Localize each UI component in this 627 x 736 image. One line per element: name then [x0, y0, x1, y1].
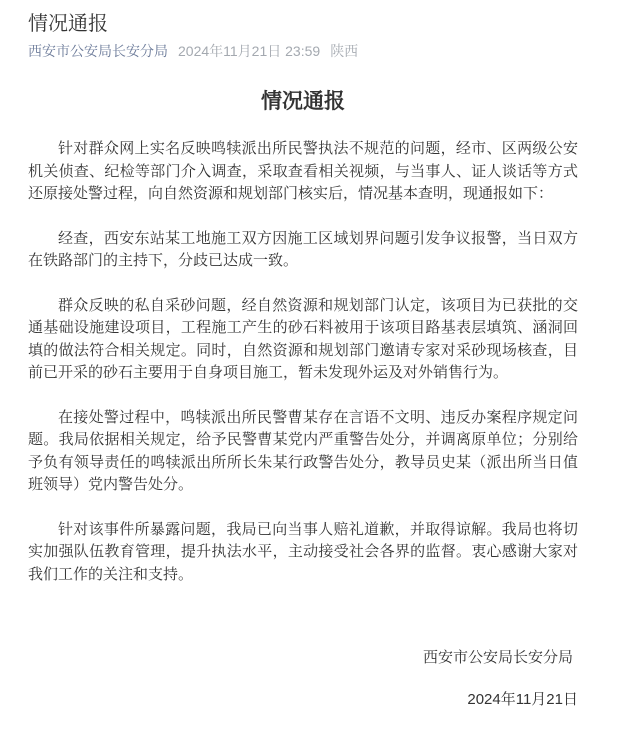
notice-paragraph: 针对群众网上实名反映鸣犊派出所民警执法不规范的问题，经市、区两级公安机关侦查、纪…	[28, 138, 578, 206]
post-meta: 西安市公安局长安分局 2024年11月21日 23:59 陕西	[28, 41, 578, 61]
notice-paragraph: 群众反映的私自采砂问题，经自然资源和规划部门认定，该项目为已获批的交通基础设施建…	[28, 295, 578, 385]
page-title: 情况通报	[28, 10, 578, 38]
notice-paragraph: 经查，西安东站某工地施工双方因施工区域划界问题引发争议报警，当日双方在铁路部门的…	[28, 228, 578, 273]
notice-paragraph: 针对该事件所暴露问题，我局已向当事人赔礼道歉，并取得谅解。我局也将切实加强队伍教…	[28, 519, 578, 587]
notice-signature: 西安市公安局长安分局	[28, 647, 578, 670]
notice-paragraph: 在接处警过程中，鸣犊派出所民警曹某存在言语不文明、违反办案程序规定问题。我局依据…	[28, 407, 578, 497]
notice-title: 情况通报	[28, 87, 578, 116]
author-link[interactable]: 西安市公安局长安分局	[28, 41, 168, 61]
post-timestamp: 2024年11月21日 23:59	[178, 41, 320, 61]
notice-date: 2024年11月21日	[28, 689, 578, 712]
post-region: 陕西	[330, 41, 358, 61]
post-container: 情况通报 西安市公安局长安分局 2024年11月21日 23:59 陕西 情况通…	[0, 0, 627, 735]
